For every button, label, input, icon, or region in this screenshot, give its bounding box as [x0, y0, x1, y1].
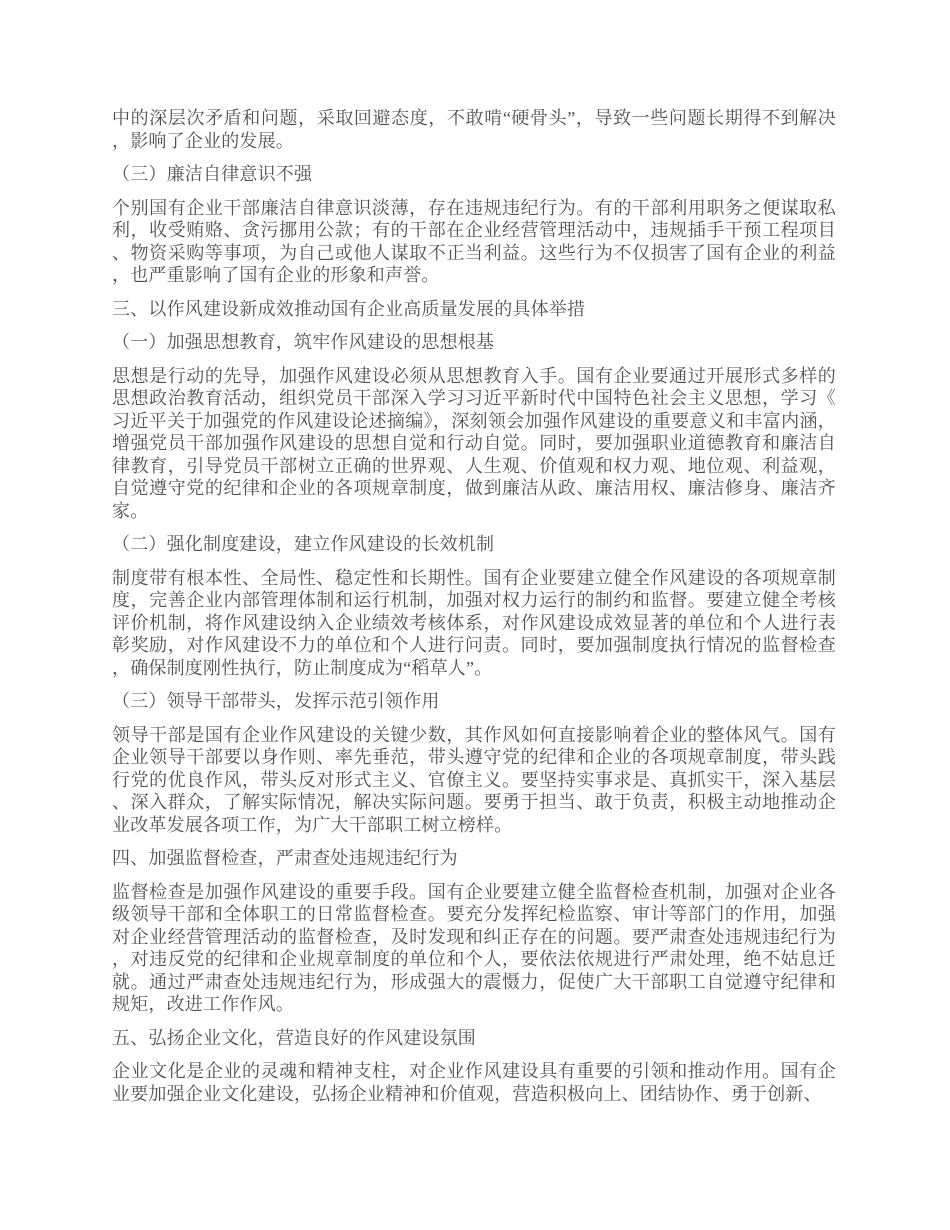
- body-paragraph: 思想是行动的先导，加强作风建设必须从思想教育入手。国有企业要通过开展形式多样的思…: [112, 365, 836, 523]
- section-heading: （一）加强思想教育，筑牢作风建设的思想根基: [112, 331, 836, 354]
- section-heading: 五、弘扬企业文化，营造良好的作风建设氛围: [112, 1027, 836, 1050]
- section-heading: 四、加强监督检查，严肃查处违规违纪行为: [112, 847, 836, 870]
- document-page: 中的深层次矛盾和问题，采取回避态度，不敢啃“硬骨头”，导致一些问题长期得不到解决…: [0, 0, 950, 1230]
- body-paragraph: 领导干部是国有企业作风建设的关键少数，其作风如何直接影响着企业的整体风气。国有企…: [112, 724, 836, 837]
- section-heading: （二）强化制度建设，建立作风建设的长效机制: [112, 533, 836, 556]
- body-paragraph: 监督检查是加强作风建设的重要手段。国有企业要建立健全监督检查机制，加强对企业各级…: [112, 881, 836, 1016]
- document-content: 中的深层次矛盾和问题，采取回避态度，不敢啃“硬骨头”，导致一些问题长期得不到解决…: [0, 0, 950, 1105]
- body-paragraph: 中的深层次矛盾和问题，采取回避态度，不敢啃“硬骨头”，导致一些问题长期得不到解决…: [112, 107, 836, 152]
- section-heading: （三）廉洁自律意识不强: [112, 163, 836, 186]
- section-heading: （三）领导干部带头，发挥示范引领作用: [112, 690, 836, 713]
- section-heading: 三、以作风建设新成效推动国有企业高质量发展的具体举措: [112, 298, 836, 321]
- body-paragraph: 企业文化是企业的灵魂和精神支柱，对企业作风建设具有重要的引领和推动作用。国有企业…: [112, 1060, 836, 1105]
- body-paragraph: 个别国有企业干部廉洁自律意识淡薄，存在违规违纪行为。有的干部利用职务之便谋取私利…: [112, 197, 836, 287]
- body-paragraph: 制度带有根本性、全局性、稳定性和长期性。国有企业要建立健全作风建设的各项规章制度…: [112, 567, 836, 680]
